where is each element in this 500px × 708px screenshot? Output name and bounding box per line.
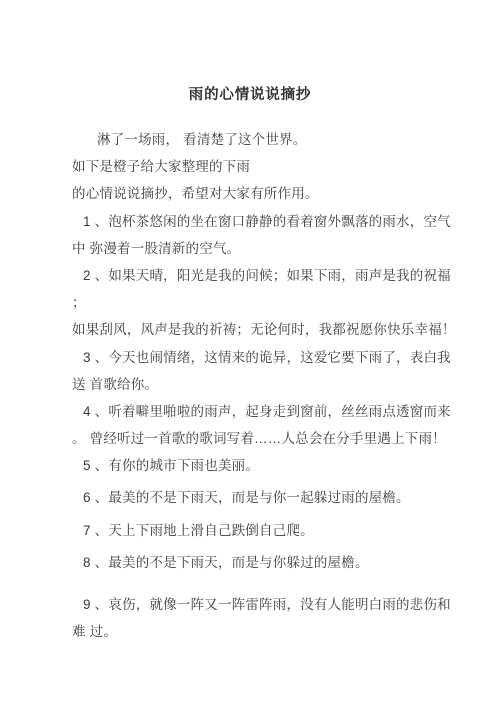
list-item-line: 6 、最美的不是下雨天，而是与你一起躲过雨的屋檐。 [72, 484, 436, 511]
paragraph-line: 难 过。 [72, 618, 436, 645]
paragraph-line: ； [72, 289, 436, 316]
paragraph-line: 送 首歌给你。 [72, 371, 436, 398]
paragraph-line: 。 曾经听过一首歌的歌词写着……人总会在分手里遇上下雨！ [72, 425, 436, 452]
list-item-line: 5 、有你的城市下雨也美丽。 [72, 452, 436, 479]
paragraph-line: 的心情说说摘抄，希望对大家有所作用。 [72, 180, 436, 207]
paragraph-line: 淋了一场雨， 看清楚了这个世界。 [72, 126, 436, 153]
document-title: 雨的心情说说摘抄 [0, 86, 500, 104]
document-page: 雨的心情说说摘抄 淋了一场雨， 看清楚了这个世界。如下是橙子给大家整理的下雨的心… [0, 0, 500, 708]
paragraph-line: 中 弥漫着一股清新的空气。 [72, 235, 436, 262]
list-item-line: 7 、天上下雨地上滑自己跌倒自己爬。 [72, 517, 436, 544]
list-item-line: 3 、今天也闹情绪，这情来的诡异，这爱它要下雨了，表白我 [72, 344, 436, 371]
list-item-line: 9 、哀伤，就像一阵又一阵雷阵雨，没有人能明白雨的悲伤和 [72, 591, 436, 618]
document-body: 淋了一场雨， 看清楚了这个世界。如下是橙子给大家整理的下雨的心情说说摘抄，希望对… [72, 126, 436, 645]
paragraph-line: 如下是橙子给大家整理的下雨 [72, 153, 436, 180]
list-item-line: 1 、泡杯茶悠闲的坐在窗口静静的看着窗外飘落的雨水，空气 [72, 208, 436, 235]
list-item-line: 8 、最美的不是下雨天，而是与你躲过的屋檐。 [72, 549, 436, 576]
paragraph-line: 如果刮风，风声是我的祈祷；无论何时，我都祝愿你快乐幸福！ [72, 316, 436, 343]
list-item-line: 2 、如果天晴，阳光是我的问候；如果下雨，雨声是我的祝福 [72, 262, 436, 289]
list-item-line: 4 、听着噼里啪啦的雨声，起身走到窗前，丝丝雨点透窗而来 [72, 398, 436, 425]
